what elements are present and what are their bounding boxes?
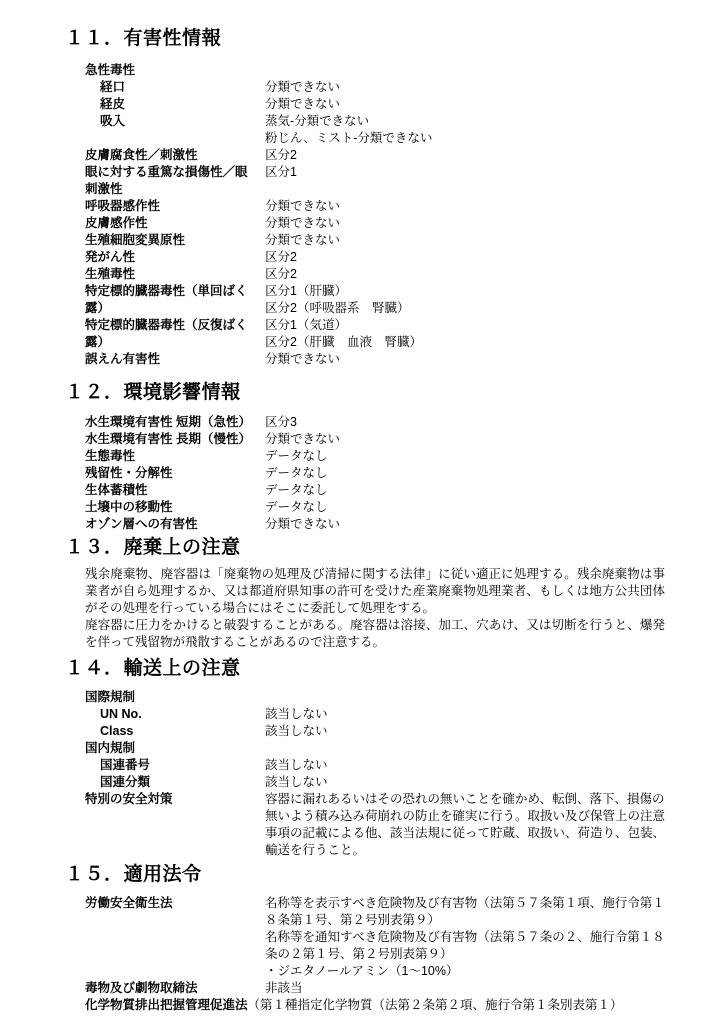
section-body: 国際規制 UN No.該当しない Class該当しない 国内規制 国連番号該当し… (85, 689, 704, 859)
field-row: 呼吸器感作性分類できない (85, 198, 704, 215)
field-label: 水生環境有害性 短期（急性） (85, 414, 265, 431)
field-value: 区分1（気道）区分2（肝臓 血液 腎臓） (265, 317, 673, 351)
field-row: 皮膚感作性分類できない (85, 215, 704, 232)
disposal-paragraph: 残余廃棄物、廃容器は「廃棄物の処理及び清掃に関する法律」に従い適正に処理する。残… (85, 566, 665, 617)
section-title: １３．廃棄上の注意 (65, 537, 704, 559)
field-row: 眼に対する重篤な損傷性／眼刺激性区分1 (85, 164, 704, 198)
value-line: 分類できない (265, 232, 673, 249)
field-value: 分類できない (265, 96, 673, 113)
sds-page: １１．有害性情報 急性毒性 経口分類できない 経皮分類できない 吸入蒸気-分類で… (0, 0, 724, 1024)
section-15-regulatory-information: １５．適用法令 労働安全衛生法名称等を表示すべき危険物及び有害物（法第５７条第１… (65, 864, 704, 1014)
value-line: 分類できない (265, 431, 673, 448)
field-label: 生殖細胞変異原性 (85, 232, 265, 249)
field-row: 生体蓄積性データなし (85, 482, 704, 499)
value-line: 分類できない (265, 198, 673, 215)
field-row: オゾン層への有害性分類できない (85, 516, 704, 533)
field-label: Class (85, 723, 265, 740)
field-value: 区分2 (265, 266, 673, 283)
field-row: 特定標的臓器毒性（単回ばく露）区分1（肝臓）区分2（呼吸器系 腎臓） (85, 283, 704, 317)
field-row: 生殖細胞変異原性分類できない (85, 232, 704, 249)
field-value: 該当しない (265, 706, 673, 723)
section-body: 水生環境有害性 短期（急性）区分3 水生環境有害性 長期（慢性）分類できない 生… (85, 414, 704, 533)
field-label: UN No. (85, 706, 265, 723)
field-label: 呼吸器感作性 (85, 198, 265, 215)
field-label: 急性毒性 (85, 62, 265, 79)
field-row: 国連分類該当しない (85, 774, 704, 791)
field-value: 分類できない (265, 215, 673, 232)
field-row: 国連番号該当しない (85, 757, 704, 774)
section-title: １２．環境影響情報 (65, 382, 704, 404)
field-value: 分類できない (265, 79, 673, 96)
field-value: データなし (265, 448, 673, 465)
section-12-ecological-information: １２．環境影響情報 水生環境有害性 短期（急性）区分3 水生環境有害性 長期（慢… (65, 382, 704, 533)
value-line: 分類できない (265, 79, 673, 96)
field-row: 経口分類できない (85, 79, 704, 96)
value-line: 区分2（呼吸器系 腎臓） (265, 300, 673, 317)
field-row: 生殖毒性区分2 (85, 266, 704, 283)
field-row: 水生環境有害性 長期（慢性）分類できない (85, 431, 704, 448)
value-line: 区分2 (265, 249, 673, 266)
section-11-hazard-information: １１．有害性情報 急性毒性 経口分類できない 経皮分類できない 吸入蒸気-分類で… (65, 28, 704, 368)
field-row: 特定標的臓器毒性（反復ばく露）区分1（気道）区分2（肝臓 血液 腎臓） (85, 317, 704, 351)
value-line: ・ジエタノールアミン（1～10%） (265, 963, 673, 980)
field-label: 生体蓄積性 (85, 482, 265, 499)
value-line: 粉じん、ミスト-分類できない (265, 130, 673, 147)
field-row: 特別の安全対策容器に漏れあるいはその恐れの無いことを確かめ、転倒、落下、損傷の無… (85, 791, 704, 859)
field-value: 該当しない (265, 757, 673, 774)
field-label: 残留性・分解性 (85, 465, 265, 482)
value-line: 該当しない (265, 706, 673, 723)
field-value: 名称等を表示すべき危険物及び有害物（法第５７条第１項、施行令第１８条第１号、第２… (265, 895, 673, 980)
field-value: 分類できない (265, 516, 673, 533)
field-label: 化学物質排出把握管理促進法 (85, 998, 248, 1012)
field-row: 水生環境有害性 短期（急性）区分3 (85, 414, 704, 431)
field-row: 急性毒性 (85, 62, 704, 79)
field-value: データなし (265, 499, 673, 516)
field-label: 水生環境有害性 長期（慢性） (85, 431, 265, 448)
field-label: 皮膚腐食性／刺激性 (85, 147, 265, 164)
field-value: 容器に漏れあるいはその恐れの無いことを確かめ、転倒、落下、損傷の無いよう積み込み… (265, 791, 673, 859)
field-label: 経口 (85, 79, 265, 96)
field-row: 生態毒性データなし (85, 448, 704, 465)
value-line: 区分3 (265, 414, 673, 431)
field-value: 区分1（肝臓）区分2（呼吸器系 腎臓） (265, 283, 673, 317)
field-label: 経皮 (85, 96, 265, 113)
field-value: 区分2 (265, 147, 673, 164)
field-row: 誤えん有害性分類できない (85, 351, 704, 368)
value-line: 区分1 (265, 164, 673, 181)
value-line: 容器に漏れあるいはその恐れの無いことを確かめ、転倒、落下、損傷の無いよう積み込み… (265, 791, 673, 859)
value-line: 該当しない (265, 774, 673, 791)
section-title: １４．輸送上の注意 (65, 658, 704, 680)
value-line: 該当しない (265, 757, 673, 774)
field-row: 化学物質排出把握管理促進法（第１種指定化学物質（法第２条第２項、施行令第１条別表… (85, 997, 704, 1014)
section-body: 残余廃棄物、廃容器は「廃棄物の処理及び清掃に関する法律」に従い適正に処理する。残… (85, 566, 704, 651)
field-value: 非該当 (265, 980, 673, 997)
field-row: 発がん性区分2 (85, 249, 704, 266)
section-13-disposal-considerations: １３．廃棄上の注意 残余廃棄物、廃容器は「廃棄物の処理及び清掃に関する法律」に従… (65, 537, 704, 651)
field-row: 経皮分類できない (85, 96, 704, 113)
field-row: 毒物及び劇物取締法非該当 (85, 980, 704, 997)
field-row: 皮膚腐食性／刺激性区分2 (85, 147, 704, 164)
value-line: 区分2（肝臓 血液 腎臓） (265, 334, 673, 351)
field-label: 眼に対する重篤な損傷性／眼刺激性 (85, 164, 265, 198)
field-row: UN No.該当しない (85, 706, 704, 723)
value-line: 名称等を通知すべき危険物及び有害物（法第５７条の２、施行令第１８条の２第１号、第… (265, 929, 673, 963)
field-label: 生態毒性 (85, 448, 265, 465)
field-row: 国内規制 (85, 740, 704, 757)
field-value: 分類できない (265, 431, 673, 448)
field-value: 蒸気-分類できない粉じん、ミスト-分類できない (265, 113, 673, 147)
value-line: 分類できない (265, 516, 673, 533)
field-value: データなし (265, 482, 673, 499)
field-value: （第１種指定化学物質（法第２条第２項、施行令第１条別表第１） (248, 998, 623, 1012)
field-row: 労働安全衛生法名称等を表示すべき危険物及び有害物（法第５７条第１項、施行令第１８… (85, 895, 704, 980)
value-line: データなし (265, 465, 673, 482)
field-row: 国際規制 (85, 689, 704, 706)
section-14-transport-information: １４．輸送上の注意 国際規制 UN No.該当しない Class該当しない 国内… (65, 658, 704, 859)
section-body: 急性毒性 経口分類できない 経皮分類できない 吸入蒸気-分類できない粉じん、ミス… (85, 62, 704, 368)
field-label: 吸入 (85, 113, 265, 130)
field-value: 分類できない (265, 232, 673, 249)
value-line: データなし (265, 499, 673, 516)
value-line: 非該当 (265, 980, 673, 997)
value-line: 蒸気-分類できない (265, 113, 673, 130)
field-label: 特別の安全対策 (85, 791, 265, 808)
field-value: 該当しない (265, 774, 673, 791)
field-label: 生殖毒性 (85, 266, 265, 283)
field-label: 国連番号 (85, 757, 265, 774)
field-label: 誤えん有害性 (85, 351, 265, 368)
value-line: 区分2 (265, 266, 673, 283)
section-body: 労働安全衛生法名称等を表示すべき危険物及び有害物（法第５７条第１項、施行令第１８… (85, 895, 704, 1014)
field-value: 区分1 (265, 164, 673, 181)
value-line: 該当しない (265, 723, 673, 740)
field-value: 該当しない (265, 723, 673, 740)
value-line: 区分2 (265, 147, 673, 164)
field-label: 特定標的臓器毒性（反復ばく露） (85, 317, 265, 351)
field-label: オゾン層への有害性 (85, 516, 265, 533)
field-label: 国連分類 (85, 774, 265, 791)
field-label: 特定標的臓器毒性（単回ばく露） (85, 283, 265, 317)
field-value: データなし (265, 465, 673, 482)
field-row: 土壌中の移動性データなし (85, 499, 704, 516)
field-row: 残留性・分解性データなし (85, 465, 704, 482)
section-title: １５．適用法令 (65, 864, 704, 886)
field-label: 発がん性 (85, 249, 265, 266)
value-line: 分類できない (265, 96, 673, 113)
field-label: 土壌中の移動性 (85, 499, 265, 516)
field-value: 区分2 (265, 249, 673, 266)
field-label: 国内規制 (85, 740, 265, 757)
section-title: １１．有害性情報 (65, 28, 704, 50)
value-line: 分類できない (265, 215, 673, 232)
value-line: 分類できない (265, 351, 673, 368)
field-value: 区分3 (265, 414, 673, 431)
field-label: 労働安全衛生法 (85, 895, 265, 912)
value-line: 区分1（気道） (265, 317, 673, 334)
field-row: 吸入蒸気-分類できない粉じん、ミスト-分類できない (85, 113, 704, 147)
field-row: Class該当しない (85, 723, 704, 740)
value-line: 区分1（肝臓） (265, 283, 673, 300)
value-line: 名称等を表示すべき危険物及び有害物（法第５７条第１項、施行令第１８条第１号、第２… (265, 895, 673, 929)
field-value: 分類できない (265, 351, 673, 368)
field-label: 毒物及び劇物取締法 (85, 980, 265, 997)
field-label: 皮膚感作性 (85, 215, 265, 232)
value-line: データなし (265, 448, 673, 465)
disposal-paragraph: 廃容器に圧力をかけると破裂することがある。廃容器は溶接、加工、穴あけ、又は切断を… (85, 617, 665, 651)
field-label: 国際規制 (85, 689, 265, 706)
value-line: データなし (265, 482, 673, 499)
field-value: 分類できない (265, 198, 673, 215)
